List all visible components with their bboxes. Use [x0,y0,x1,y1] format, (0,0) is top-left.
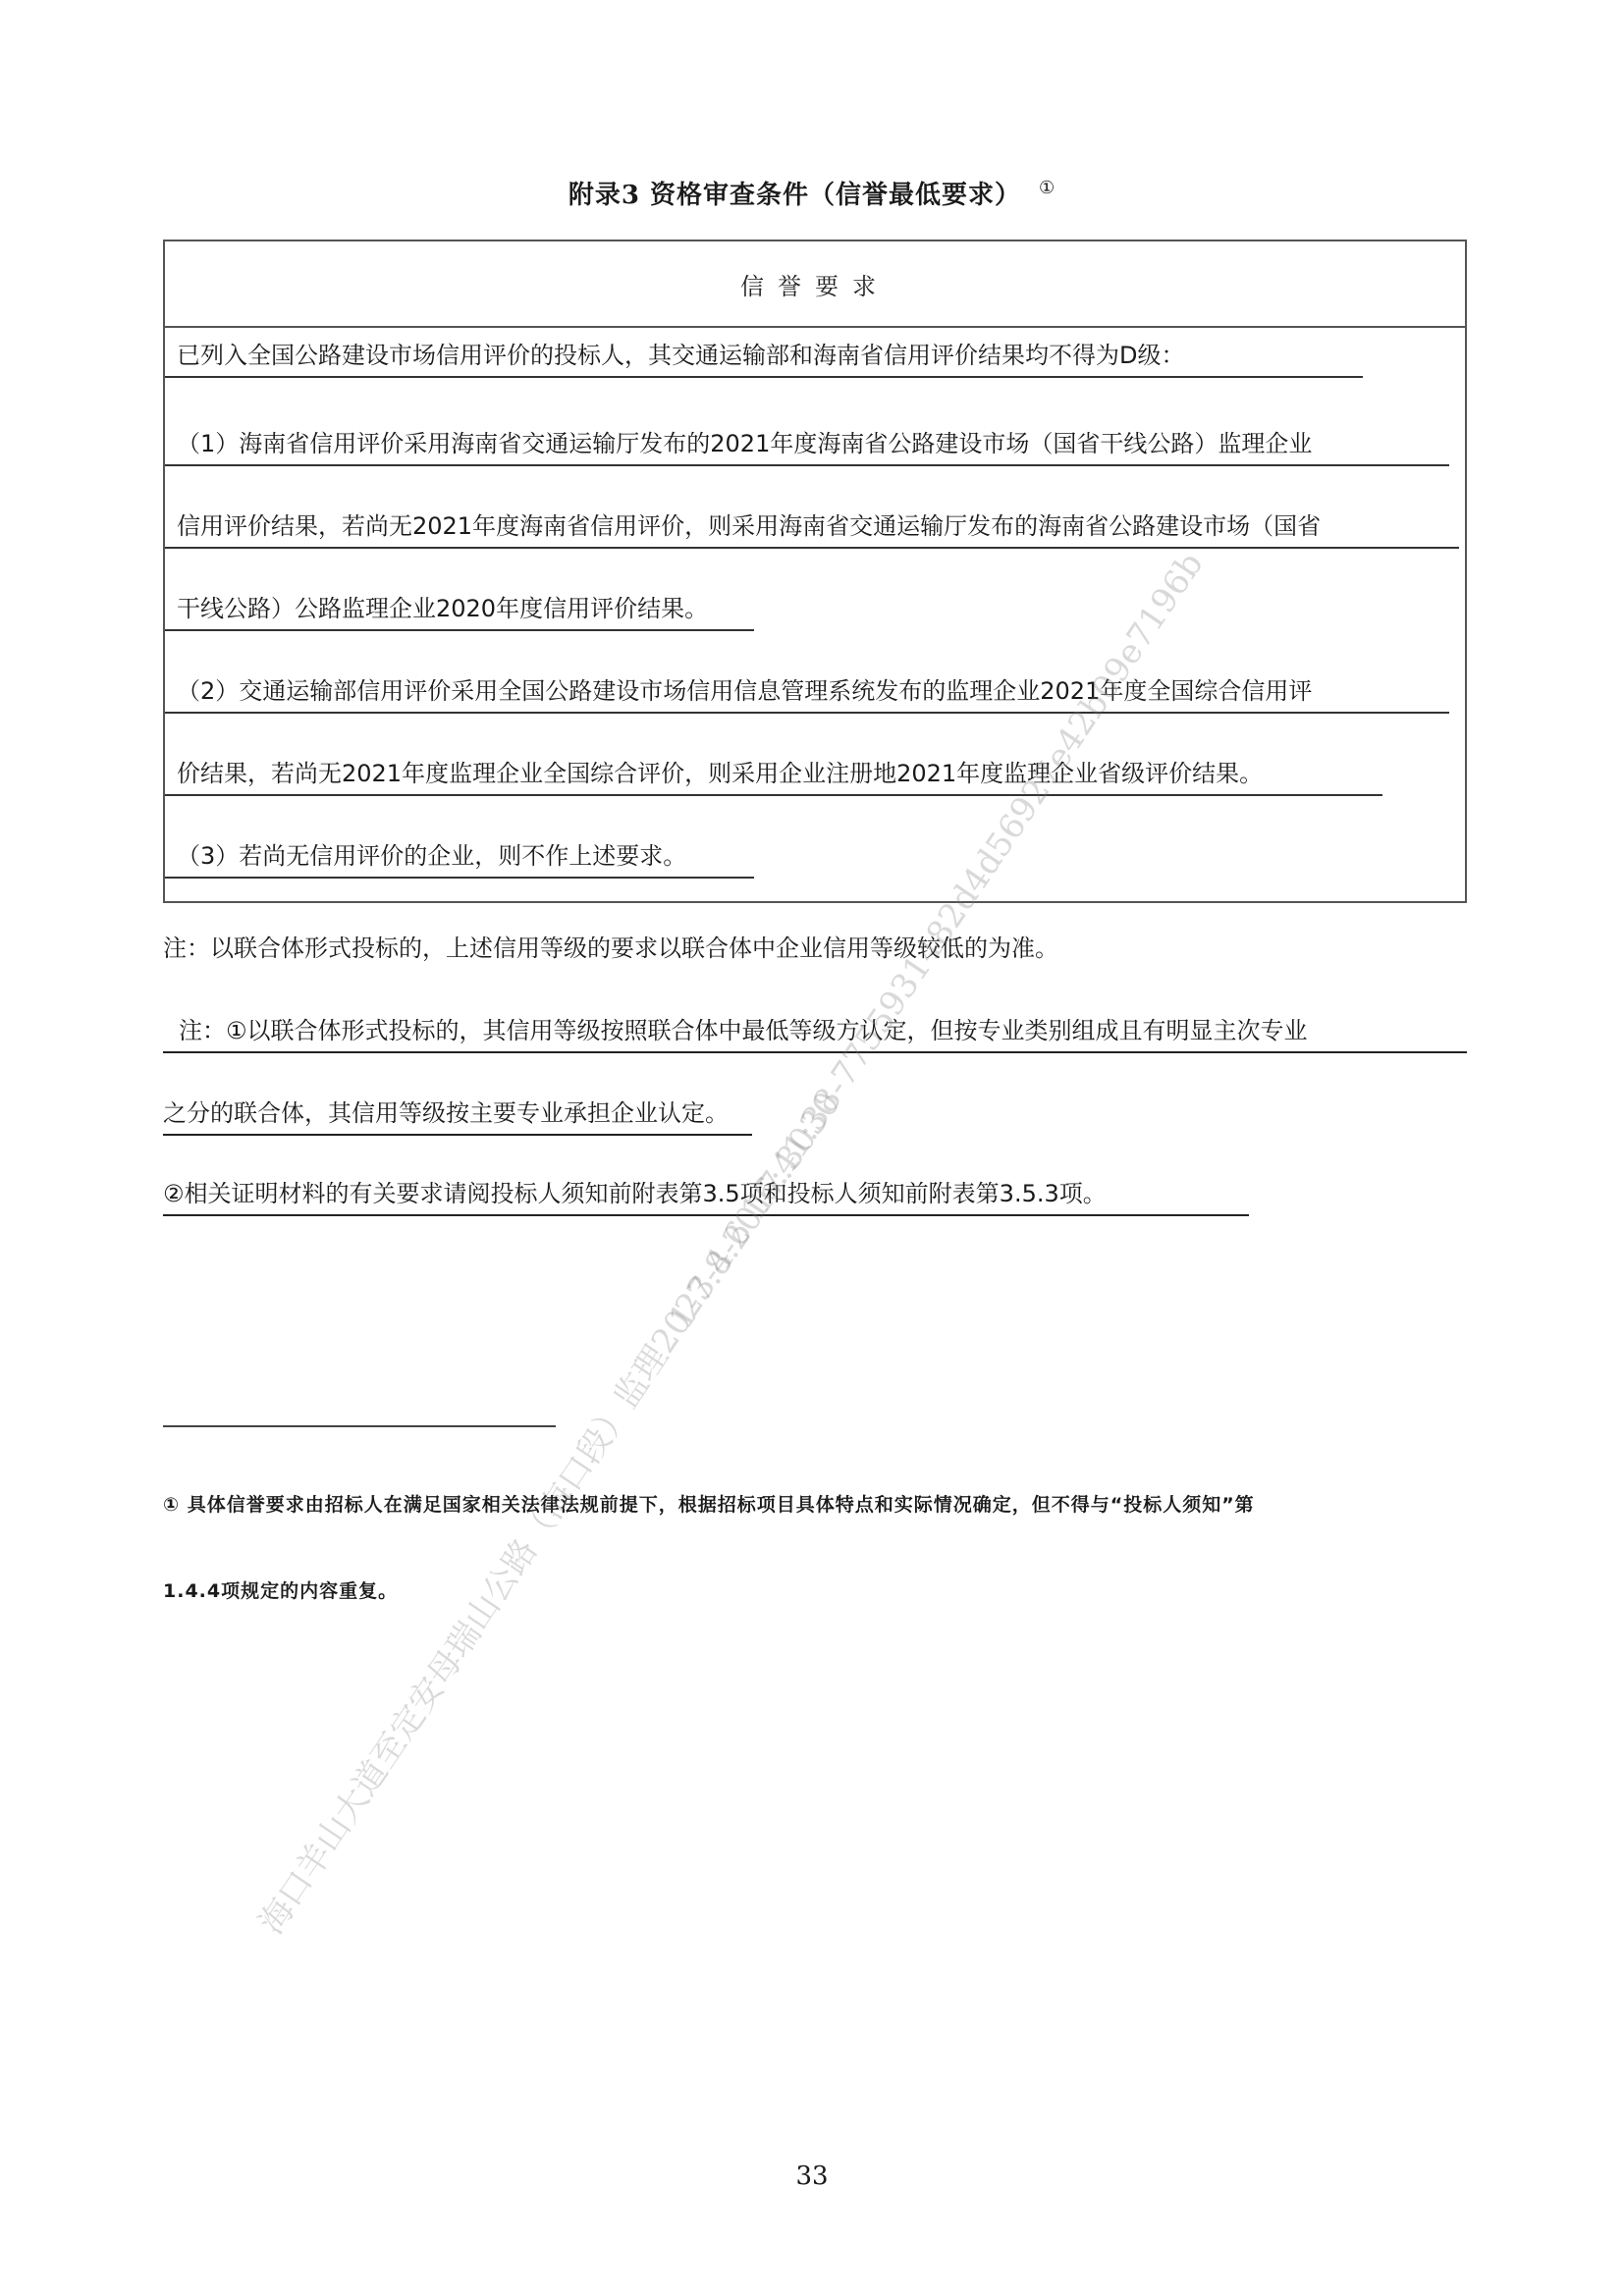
page-number: 33 [0,2162,1624,2191]
footnote-line: 1.4.4项规定的内容重复。 [163,1576,398,1603]
title-text: 附录3 资格审查条件（信誉最低要求） [568,181,1021,210]
note-consortium-rating-line2: 之分的联合体，其信用等级按主要专业承担企业认定。 [163,1094,752,1136]
table-line: 价结果，若尚无2021年度监理企业全国综合评价，则采用企业注册地2021年度监理… [165,754,1382,796]
table-line: （3）若尚无信用评价的企业，则不作上述要求。 [165,836,754,879]
title-footnote-marker: ① [1039,178,1056,198]
table-line: 信用评价结果，若尚无2021年度海南省信用评价，则采用海南省交通运输厅发布的海南… [165,507,1459,549]
table-line: 已列入全国公路建设市场信用评价的投标人，其交通运输部和海南省信用评价结果均不得为… [165,336,1363,378]
footnote-separator [163,1425,556,1427]
note-consortium-lowest: 注：以联合体形式投标的，上述信用等级的要求以联合体中企业信用等级较低的为准。 [163,929,1058,969]
note-consortium-rating-line1: 注：①以联合体形式投标的，其信用等级按照联合体中最低等级方认定，但按专业类别组成… [163,1011,1467,1053]
table-line: （1）海南省信用评价采用海南省交通运输厅发布的2021年度海南省公路建设市场（国… [165,424,1449,466]
credit-requirements-table: 信誉要求 已列入全国公路建设市场信用评价的投标人，其交通运输部和海南省信用评价结… [163,240,1467,903]
note-supporting-materials: ②相关证明材料的有关要求请阅投标人须知前附表第3.5项和投标人须知前附表第3.5… [163,1174,1249,1216]
footnote-line: ① 具体信誉要求由招标人在满足国家相关法律法规前提下，根据招标项目具体特点和实际… [163,1490,1255,1517]
page-title: 附录3 资格审查条件（信誉最低要求）① [0,175,1624,211]
table-header: 信誉要求 [165,241,1465,328]
table-line: 干线公路）公路监理企业2020年度信用评价结果。 [165,589,754,631]
table-line: （2）交通运输部信用评价采用全国公路建设市场信用信息管理系统发布的监理企业202… [165,671,1449,714]
